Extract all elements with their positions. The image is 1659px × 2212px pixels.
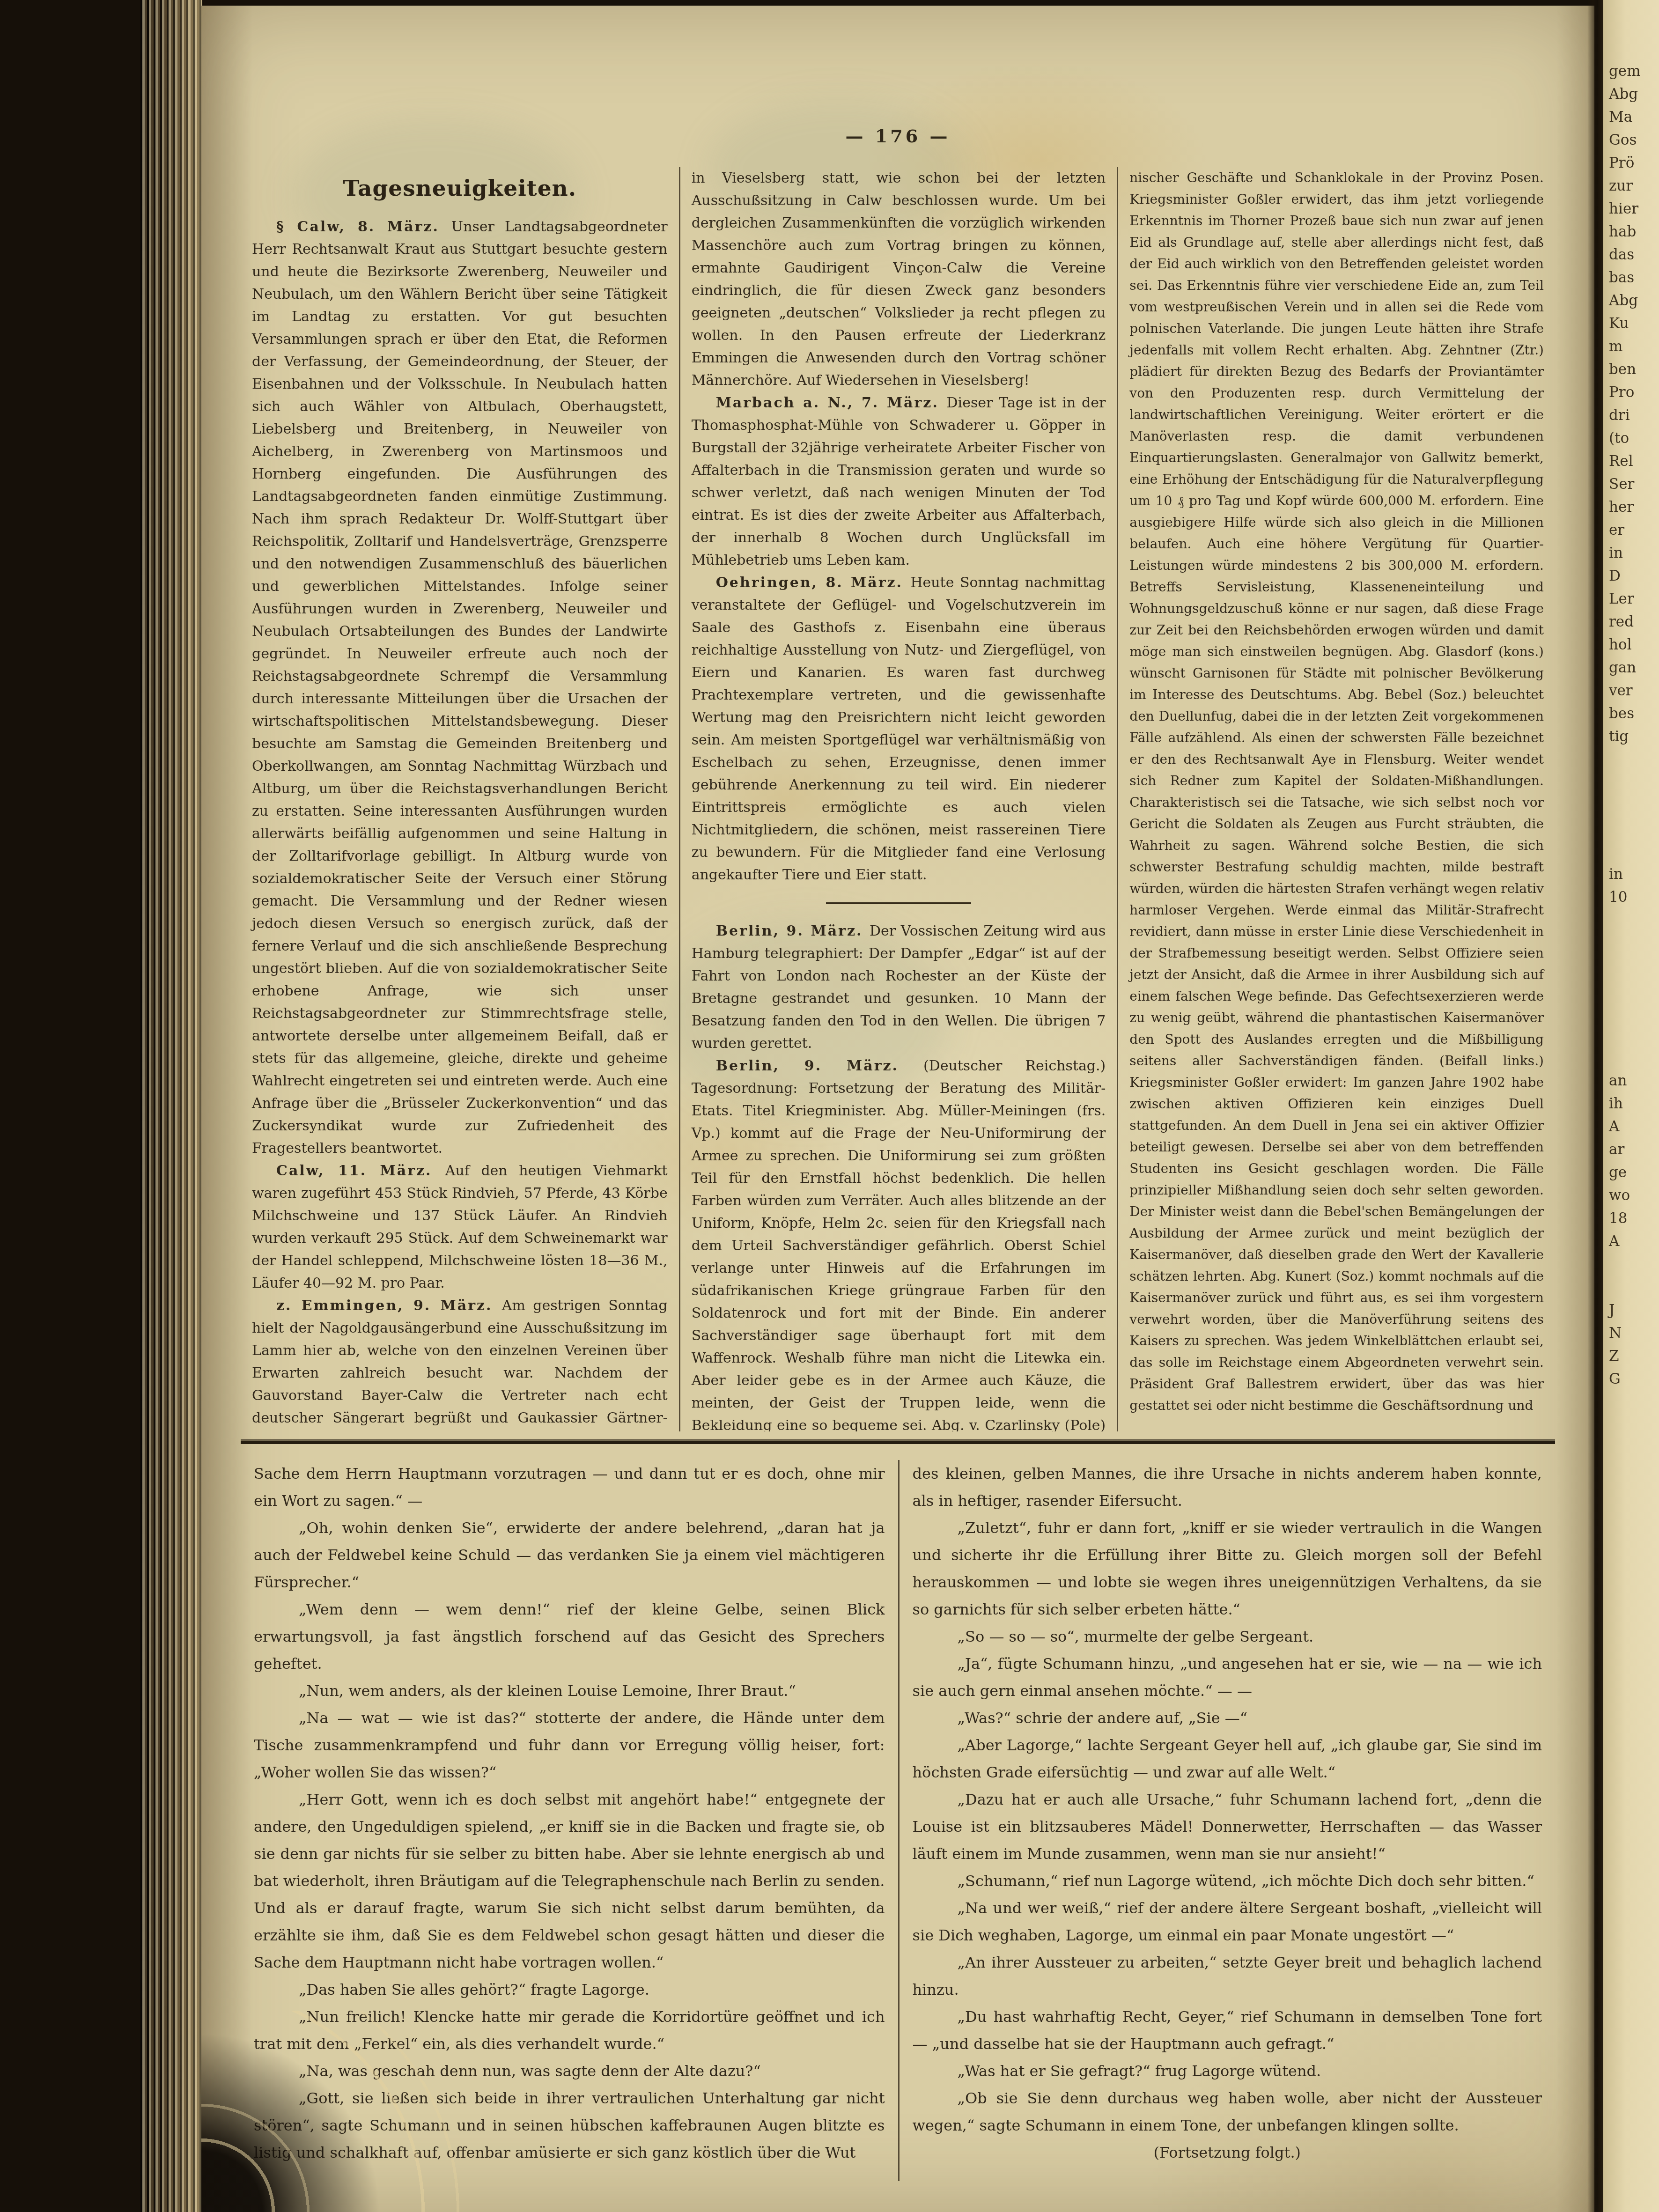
news-column-1: Tagesneuigkeiten. § Calw, 8. März. Unser… bbox=[241, 167, 679, 1431]
text-fragment bbox=[1609, 748, 1659, 771]
text-fragment: 18 bbox=[1609, 1207, 1659, 1230]
paragraph: Sache dem Herrn Hauptmann vorzutragen — … bbox=[254, 1460, 885, 1514]
text-fragment: Pro bbox=[1609, 381, 1659, 404]
section-divider-rule bbox=[241, 1439, 1555, 1444]
paragraph: (Fortsetzung folgt.) bbox=[913, 2139, 1542, 2166]
newspaper-page: — 176 — Tagesneuigkeiten. § Calw, 8. Mär… bbox=[201, 6, 1594, 2212]
text-fragment: N bbox=[1609, 1322, 1659, 1345]
news-column-2: in Vieselsberg statt, wie schon bei der … bbox=[679, 167, 1117, 1431]
paragraph: „Was?“ schrie der andere auf, „Sie —“ bbox=[913, 1704, 1542, 1732]
text-fragment bbox=[1609, 771, 1659, 794]
book-page-edges bbox=[140, 0, 202, 2212]
text-fragment: Ser bbox=[1609, 473, 1659, 496]
text-fragment: bes bbox=[1609, 702, 1659, 725]
text-fragment: red bbox=[1609, 611, 1659, 634]
page-number: — 176 — bbox=[241, 125, 1555, 147]
page-content: — 176 — Tagesneuigkeiten. § Calw, 8. Mär… bbox=[241, 6, 1555, 2181]
text-fragment: Ma bbox=[1609, 106, 1659, 129]
text-fragment: gan bbox=[1609, 656, 1659, 679]
text-fragment bbox=[1609, 1253, 1659, 1276]
dateline: Calw, 11. März. bbox=[276, 1163, 445, 1179]
text-fragment: Z bbox=[1609, 1345, 1659, 1368]
dateline: Berlin, 9. März. bbox=[716, 1058, 923, 1074]
text-fragment: ar bbox=[1609, 1138, 1659, 1161]
feuilleton-column-2: des kleinen, gelben Mannes, die ihre Urs… bbox=[898, 1460, 1556, 2181]
text-fragment: ge bbox=[1609, 1161, 1659, 1184]
feuilleton-column-1: Sache dem Herrn Hauptmann vorzutragen — … bbox=[241, 1460, 898, 2181]
text-fragment: in bbox=[1609, 863, 1659, 886]
paragraph: „Ob sie Sie denn durchaus weg haben woll… bbox=[913, 2085, 1542, 2139]
text-fragment: Rel bbox=[1609, 450, 1659, 473]
text-fragment: G bbox=[1609, 1368, 1659, 1391]
text-fragment bbox=[1609, 909, 1659, 932]
paragraph: „Was hat er Sie gefragt?“ frug Lagorge w… bbox=[913, 2057, 1542, 2085]
text-fragment: hier bbox=[1609, 198, 1659, 221]
text-fragment: D bbox=[1609, 565, 1659, 588]
text-fragment: Abg bbox=[1609, 289, 1659, 312]
paragraph: § Calw, 8. März. Unser Landtagsabgeordne… bbox=[252, 216, 668, 1160]
text-fragment bbox=[1609, 1024, 1659, 1047]
dateline: z. Emmingen, 9. März. bbox=[276, 1298, 502, 1314]
text-fragment: hab bbox=[1609, 221, 1659, 243]
text-fragment bbox=[1609, 1276, 1659, 1299]
column-2-paragraphs: in Vieselsberg statt, wie schon bei der … bbox=[692, 167, 1106, 1431]
paragraph: „Na und wer weiß,“ rief der andere älter… bbox=[913, 1895, 1542, 1949]
paragraph: Calw, 11. März. Auf den heutigen Viehmar… bbox=[252, 1160, 668, 1295]
feuilleton-section: Sache dem Herrn Hauptmann vorzutragen — … bbox=[241, 1460, 1555, 2181]
text-fragment: gem bbox=[1609, 60, 1659, 83]
dateline: Marbach a. N., 7. März. bbox=[716, 395, 947, 411]
column-3-paragraphs: nischer Geschäfte und Schanklokale in de… bbox=[1129, 167, 1544, 1416]
text-fragment: A bbox=[1609, 1115, 1659, 1138]
paragraph: „Aber Lagorge,“ lachte Sergeant Geyer he… bbox=[913, 1732, 1542, 1786]
text-fragment: ih bbox=[1609, 1092, 1659, 1115]
paragraph: „Wem denn — wem denn!“ rief der kleine G… bbox=[254, 1596, 885, 1677]
text-fragment: Ku bbox=[1609, 312, 1659, 335]
dateline: Berlin, 9. März. bbox=[716, 923, 870, 939]
text-fragment: Abg bbox=[1609, 83, 1659, 106]
text-fragment bbox=[1609, 840, 1659, 863]
paragraph: „Nun, wem anders, als der kleinen Louise… bbox=[254, 1677, 885, 1704]
facing-page-text-fragments: gemAbgMaGosPrözurhierhabdasbasAbgKumbenP… bbox=[1603, 60, 1659, 1391]
text-fragment: hol bbox=[1609, 634, 1659, 656]
paragraph: „Du hast wahrhaftig Recht, Geyer,“ rief … bbox=[913, 2003, 1542, 2057]
dateline: § Calw, 8. März. bbox=[276, 219, 451, 235]
text-fragment bbox=[1609, 955, 1659, 978]
text-fragment: Gos bbox=[1609, 129, 1659, 152]
paragraph: „Das haben Sie alles gehört?“ fragte Lag… bbox=[254, 1976, 885, 2003]
text-fragment: 10 bbox=[1609, 886, 1659, 909]
text-fragment: an bbox=[1609, 1069, 1659, 1092]
paragraph: „Nun freilich! Klencke hatte mir gerade … bbox=[254, 2003, 885, 2057]
text-fragment bbox=[1609, 794, 1659, 817]
text-fragment: J bbox=[1609, 1299, 1659, 1322]
paragraph: „Schumann,“ rief nun Lagorge wütend, „ic… bbox=[913, 1867, 1542, 1895]
text-fragment bbox=[1609, 932, 1659, 955]
text-fragment: zur bbox=[1609, 175, 1659, 198]
paragraph: „Herr Gott, wenn ich es doch selbst mit … bbox=[254, 1786, 885, 1976]
text-fragment: A bbox=[1609, 1230, 1659, 1253]
text-fragment: m bbox=[1609, 335, 1659, 358]
book-gutter-shadow bbox=[1587, 0, 1603, 2212]
section-title: Tagesneuigkeiten. bbox=[252, 177, 668, 200]
text-fragment: ben bbox=[1609, 358, 1659, 381]
paragraph: „Dazu hat er auch alle Ursache,“ fuhr Sc… bbox=[913, 1786, 1542, 1867]
text-fragment: (to bbox=[1609, 427, 1659, 450]
dateline: Oehringen, 8. März. bbox=[716, 575, 911, 591]
text-fragment bbox=[1609, 1047, 1659, 1069]
news-section: Tagesneuigkeiten. § Calw, 8. März. Unser… bbox=[241, 167, 1555, 1431]
text-fragment bbox=[1609, 817, 1659, 840]
paragraph: „Na, was geschah denn nun, was sagte den… bbox=[254, 2057, 885, 2085]
paragraph: „Gott, sie ließen sich beide in ihrer ve… bbox=[254, 2085, 885, 2166]
column-1-paragraphs: § Calw, 8. März. Unser Landtagsabgeordne… bbox=[252, 216, 668, 1431]
text-fragment: her bbox=[1609, 496, 1659, 519]
text-fragment: Prö bbox=[1609, 152, 1659, 175]
text-fragment: er bbox=[1609, 519, 1659, 542]
paragraph: Berlin, 9. März. Der Vossischen Zeitung … bbox=[692, 920, 1106, 1055]
text-fragment: wo bbox=[1609, 1184, 1659, 1207]
paragraph: Berlin, 9. März. (Deutscher Reichstag.) … bbox=[692, 1055, 1106, 1431]
short-separator-rule bbox=[826, 902, 971, 904]
paragraph: „Ja“, fügte Schumann hinzu, „und angeseh… bbox=[913, 1650, 1542, 1704]
facing-page-edge: gemAbgMaGosPrözurhierhabdasbasAbgKumbenP… bbox=[1603, 0, 1659, 2212]
paragraph: Marbach a. N., 7. März. Dieser Tage ist … bbox=[692, 392, 1106, 572]
text-fragment bbox=[1609, 978, 1659, 1001]
text-fragment: bas bbox=[1609, 266, 1659, 289]
paragraph: „Oh, wohin denken Sie“, erwiderte der an… bbox=[254, 1514, 885, 1596]
text-fragment: tig bbox=[1609, 725, 1659, 748]
paragraph: des kleinen, gelben Mannes, die ihre Urs… bbox=[913, 1460, 1542, 1514]
paragraph: nischer Geschäfte und Schanklokale in de… bbox=[1129, 167, 1544, 1416]
paragraph: in Vieselsberg statt, wie schon bei der … bbox=[692, 167, 1106, 392]
paragraph: „Na — wat — wie ist das?“ stotterte der … bbox=[254, 1704, 885, 1786]
text-fragment: in bbox=[1609, 542, 1659, 565]
text-fragment: dri bbox=[1609, 404, 1659, 427]
news-column-3: nischer Geschäfte und Schanklokale in de… bbox=[1117, 167, 1555, 1431]
text-fragment: ver bbox=[1609, 679, 1659, 702]
paragraph: „An ihrer Aussteuer zu arbeiten,“ setzte… bbox=[913, 1949, 1542, 2003]
paragraph: Oehringen, 8. März. Heute Sonntag nachmi… bbox=[692, 572, 1106, 886]
text-fragment bbox=[1609, 1001, 1659, 1024]
paragraph: z. Emmingen, 9. März. Am gestrigen Sonnt… bbox=[252, 1295, 668, 1431]
paragraph: „Zuletzt“, fuhr er dann fort, „kniff er … bbox=[913, 1514, 1542, 1623]
text-fragment: Ler bbox=[1609, 588, 1659, 611]
paragraph: „So — so — so“, murmelte der gelbe Serge… bbox=[913, 1623, 1542, 1650]
text-fragment: das bbox=[1609, 243, 1659, 266]
